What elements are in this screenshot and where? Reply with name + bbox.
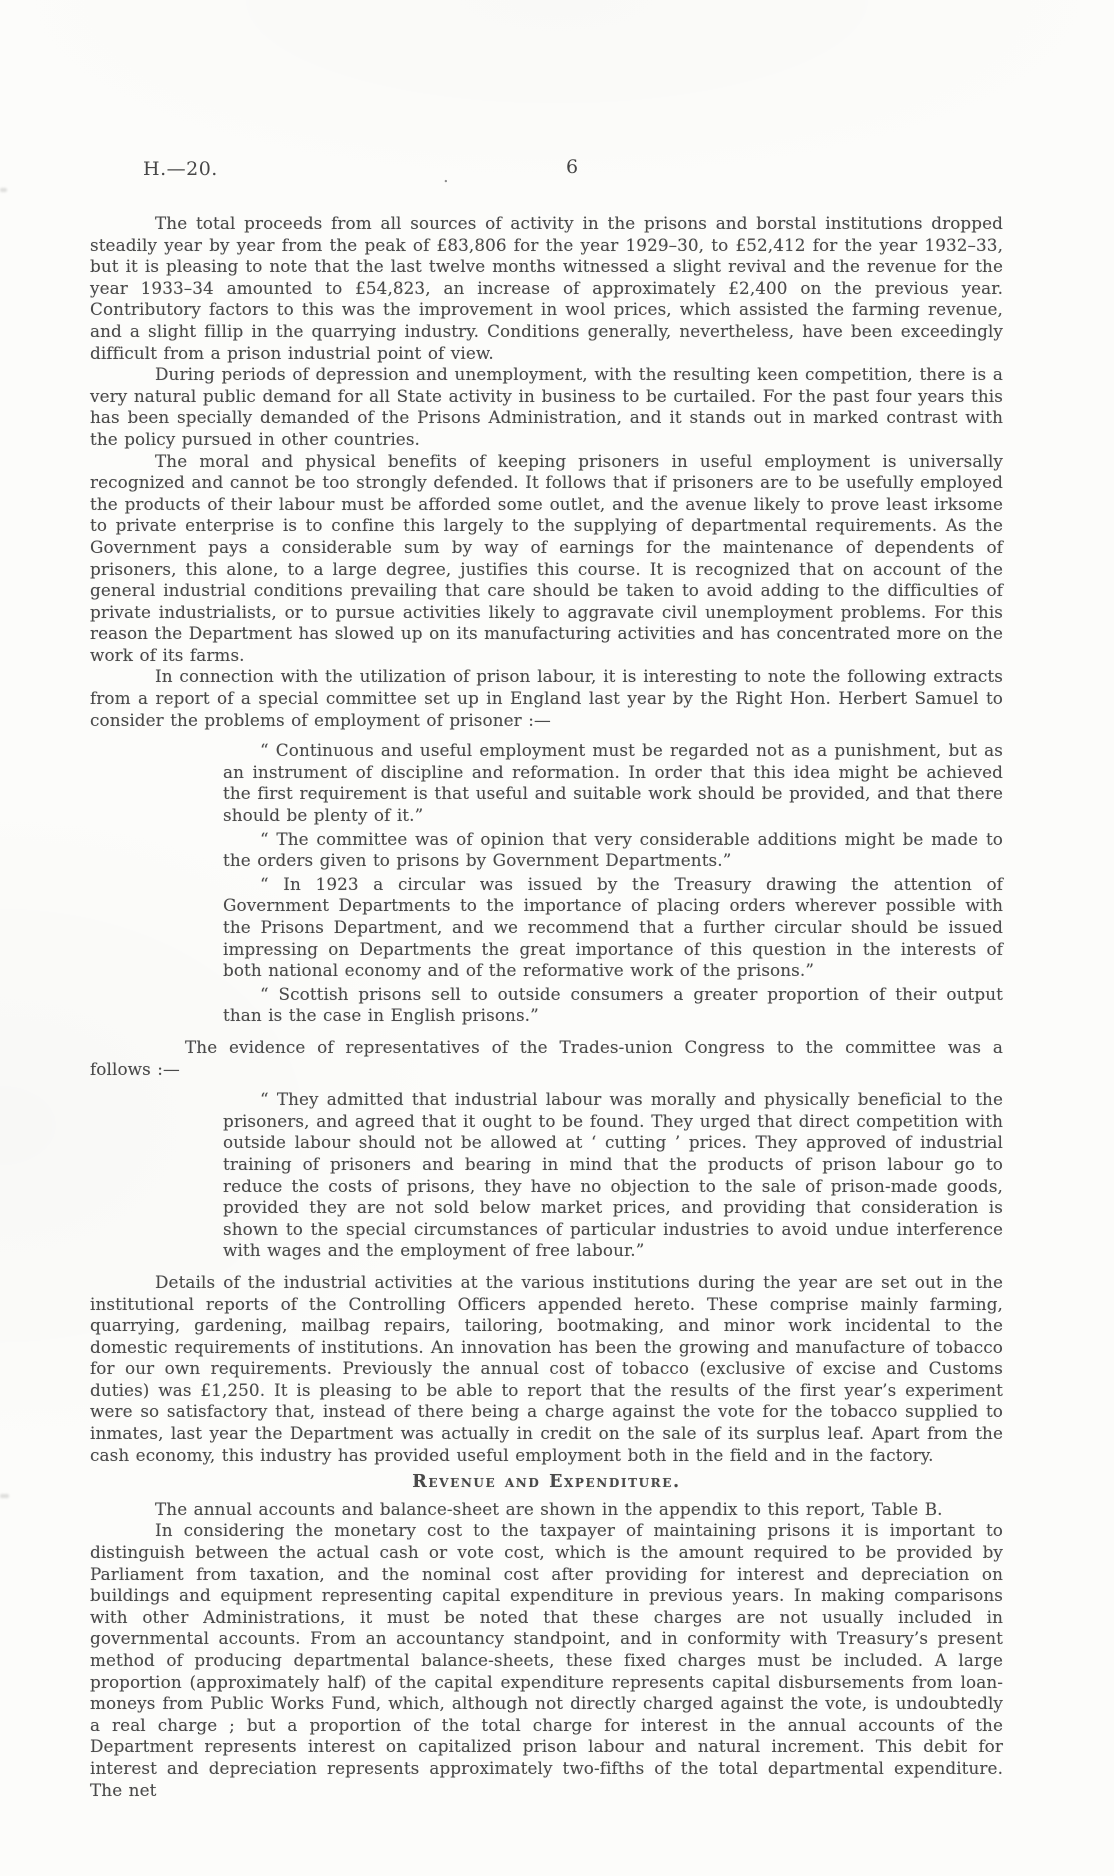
- paragraph-moral-physical-benefits: The moral and physical benefits of keepi…: [90, 451, 1003, 667]
- scan-artifact-smudge: [0, 1494, 9, 1498]
- paragraph-monetary-cost: In considering the monetary cost to the …: [90, 1520, 1003, 1801]
- scanned-document-page: H.—20. . 6 The total proceeds from all s…: [0, 0, 1114, 1876]
- quote-treasury-circular: “ In 1923 a circular was issued by the T…: [223, 874, 1003, 982]
- paragraph-trades-union-intro: The evidence of representatives of the T…: [90, 1037, 1003, 1080]
- quote-trades-union-evidence: “ They admitted that industrial labour w…: [223, 1089, 1003, 1262]
- section-heading-revenue-expenditure: Revenue and Expenditure.: [90, 1472, 1003, 1494]
- scan-artifact-dot: .: [443, 166, 449, 187]
- paragraph-prison-labour-extracts-intro: In connection with the utilization of pr…: [90, 666, 1003, 731]
- page-number: 6: [566, 156, 578, 178]
- quote-committee-opinion: “ The committee was of opinion that very…: [223, 829, 1003, 872]
- scan-artifact-smudge: [0, 188, 7, 192]
- paragraph-industrial-activities-details: Details of the industrial activities at …: [90, 1272, 1003, 1466]
- document-reference: H.—20.: [143, 158, 218, 180]
- paragraph-depression-periods: During periods of depression and unemplo…: [90, 364, 1003, 450]
- paragraph-total-proceeds: The total proceeds from all sources of a…: [90, 213, 1003, 364]
- quote-scottish-prisons: “ Scottish prisons sell to outside consu…: [223, 984, 1003, 1027]
- quote-continuous-employment: “ Continuous and useful employment must …: [223, 740, 1003, 826]
- paragraph-annual-accounts: The annual accounts and balance-sheet ar…: [90, 1499, 1003, 1521]
- page-body: The total proceeds from all sources of a…: [90, 213, 1003, 1801]
